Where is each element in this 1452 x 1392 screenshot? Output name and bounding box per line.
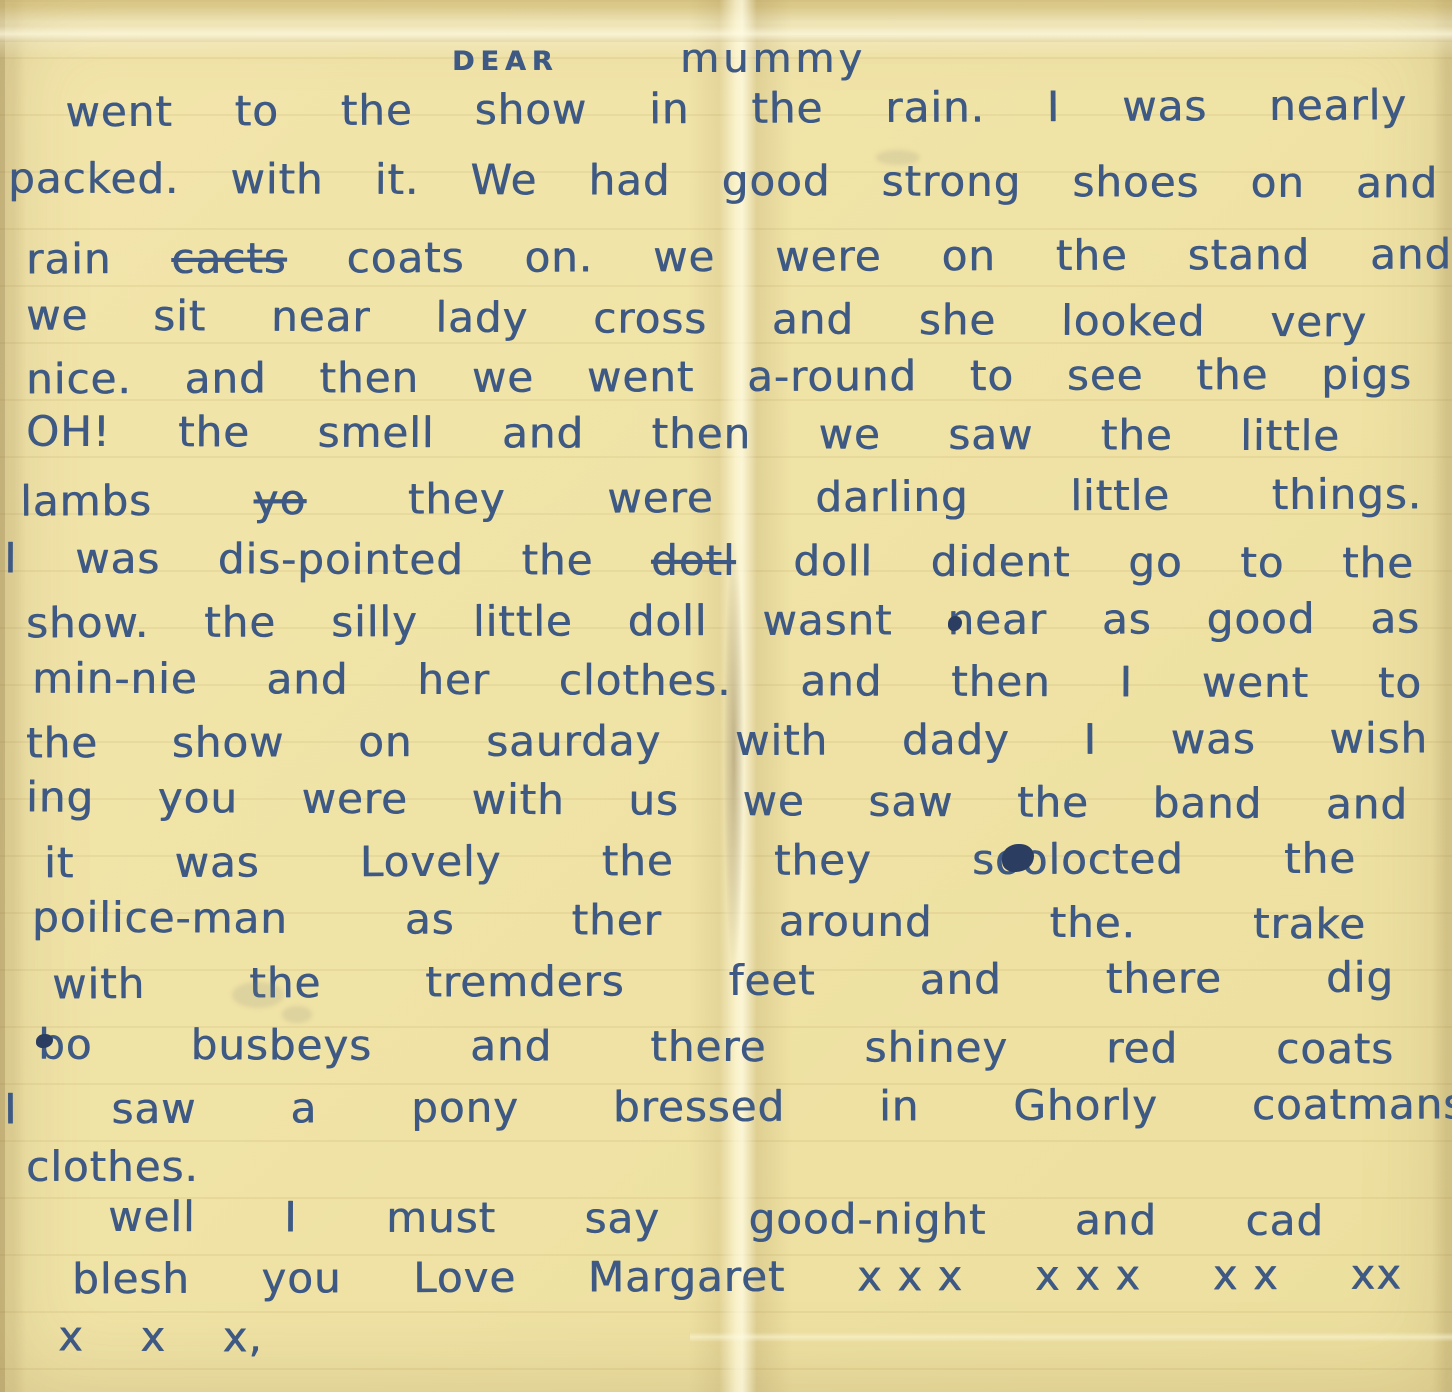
word: doll xyxy=(793,540,873,582)
word: clothes. xyxy=(26,1142,199,1191)
word: to xyxy=(970,355,1014,397)
word: we xyxy=(26,294,88,336)
word: they xyxy=(774,839,872,881)
letter-line: wesitnearladycrossandshelookedvery xyxy=(26,294,1367,343)
word: dident xyxy=(930,541,1070,583)
letter-line: lambsyotheyweredarlinglittlethings. xyxy=(20,473,1422,522)
word: on xyxy=(1250,162,1304,204)
word: then xyxy=(951,661,1051,703)
word: the xyxy=(178,411,250,453)
word: little xyxy=(473,601,573,643)
word: as xyxy=(1370,598,1420,640)
letter-line: clothes. xyxy=(26,1146,199,1188)
letter-line: raincactscoatson.wewereonthestandand xyxy=(26,234,1452,281)
word: busbeys xyxy=(190,1024,372,1067)
word: ther xyxy=(571,899,661,941)
word: blesh xyxy=(72,1258,190,1300)
word: I xyxy=(1083,719,1097,761)
word: stand xyxy=(1188,234,1311,276)
word: coats xyxy=(346,237,464,279)
word: her xyxy=(417,659,490,701)
letter-body: DEAR mummy Iwenttotheshowintherain.Iwasn… xyxy=(0,0,1452,1392)
word: well xyxy=(108,1196,196,1238)
pencil-smudge xyxy=(876,150,920,165)
word: with xyxy=(52,963,145,1005)
word: must xyxy=(386,1197,496,1239)
word: as xyxy=(1102,599,1152,641)
word: with xyxy=(471,779,564,821)
word: it xyxy=(44,842,74,884)
word: good xyxy=(1206,598,1315,640)
word: things. xyxy=(1272,473,1422,516)
word: in xyxy=(879,1085,919,1127)
word: x x x, xyxy=(58,1311,263,1361)
word: we xyxy=(472,357,534,399)
word: to xyxy=(234,90,278,132)
word: there xyxy=(1106,957,1222,1000)
word: I xyxy=(1047,86,1061,128)
letter-line: nice.andthenwewenta-roundtoseethepigs xyxy=(26,354,1412,401)
salutation-dear: DEAR xyxy=(452,46,559,77)
word: the xyxy=(1284,838,1356,880)
word: had xyxy=(588,160,670,202)
word: then xyxy=(319,357,419,399)
letter-line: Iwenttotheshowintherain.Iwasnearly xyxy=(0,84,1407,133)
struck-word: dotl xyxy=(651,540,736,582)
word: strong xyxy=(881,161,1021,203)
word: pony xyxy=(411,1087,519,1129)
word: with xyxy=(735,720,828,762)
word: the xyxy=(1196,354,1268,396)
word: and xyxy=(1326,783,1408,825)
letter-line: show.thesillylittledollwasntnearasgoodas xyxy=(26,598,1420,645)
word: nearly xyxy=(1269,84,1407,127)
word: she xyxy=(919,299,997,341)
word: show xyxy=(172,722,285,764)
word: and xyxy=(470,1025,552,1067)
word: red xyxy=(1106,1027,1178,1069)
word: to xyxy=(1378,662,1422,704)
word: in xyxy=(649,88,690,130)
word: and xyxy=(919,959,1001,1001)
letter-line: OH!thesmellandthenwesawthelittle xyxy=(26,411,1340,458)
word: nice. xyxy=(26,358,132,400)
word: dady xyxy=(902,719,1010,761)
word: clothes. xyxy=(559,659,732,702)
word: the xyxy=(602,840,674,882)
word: a-round xyxy=(747,355,917,398)
word: and xyxy=(772,298,854,340)
word: coatmans xyxy=(1252,1083,1452,1126)
word: Ghorly xyxy=(1013,1085,1158,1128)
word: bressed xyxy=(613,1086,785,1129)
word: it. xyxy=(375,159,420,201)
letter-line: Iwasdis-pointedthedotldolldidentgotothe xyxy=(4,538,1414,585)
word: the xyxy=(1017,782,1089,824)
word: little xyxy=(1070,475,1170,518)
word: and xyxy=(1075,1199,1157,1241)
word: the xyxy=(1101,414,1173,456)
letter-line: x x x, xyxy=(58,1315,263,1358)
salutation-name: mummy xyxy=(680,36,866,82)
word: near xyxy=(271,296,371,339)
word: on xyxy=(941,235,995,277)
word: went xyxy=(587,356,694,398)
word: you xyxy=(158,777,238,819)
word: as xyxy=(405,898,455,940)
word: tremders xyxy=(425,961,624,1004)
word: show. xyxy=(26,602,149,644)
word: very xyxy=(1270,301,1367,344)
word: lady xyxy=(435,297,528,339)
letter-line: theshowonsaurdaywithdadyIwaswish xyxy=(26,718,1428,765)
word: went xyxy=(1202,662,1309,704)
word: good xyxy=(722,160,831,202)
word: looked xyxy=(1061,300,1206,343)
word: trake xyxy=(1253,903,1366,946)
word: they xyxy=(408,478,506,521)
word: pigs xyxy=(1321,354,1412,396)
word: good-night xyxy=(748,1198,986,1241)
word: rain. xyxy=(885,87,985,130)
word: rain xyxy=(26,238,111,280)
word: OH! xyxy=(26,411,111,453)
word: went xyxy=(65,91,172,134)
word: doll xyxy=(628,600,708,642)
word: were xyxy=(301,778,408,821)
word: lambs xyxy=(20,480,152,523)
word: ing xyxy=(26,776,94,818)
word: the xyxy=(751,87,823,129)
word: the xyxy=(341,89,413,131)
letter-line: ingyouwerewithuswesawthebandand xyxy=(26,776,1408,825)
word: to xyxy=(1240,542,1284,584)
letter-line: packed.withit.Wehadgoodstrongshoesonand xyxy=(8,158,1438,205)
word: then xyxy=(651,413,751,455)
word: show xyxy=(474,89,587,132)
word: band xyxy=(1152,782,1262,825)
word: the xyxy=(1056,235,1128,277)
word: we xyxy=(818,413,880,455)
word: saw xyxy=(111,1088,196,1130)
word: see xyxy=(1067,355,1144,397)
word: saurday xyxy=(486,720,661,763)
word: feet xyxy=(728,960,815,1002)
word: there xyxy=(650,1026,766,1068)
struck-word: yo xyxy=(253,479,306,521)
word: and xyxy=(266,658,348,700)
word: we xyxy=(653,236,715,278)
word: I xyxy=(4,1089,18,1131)
word: near xyxy=(947,599,1047,641)
word: and xyxy=(1356,162,1438,204)
letter-line: poilice-manastheraroundthe.trake xyxy=(32,897,1366,946)
word: sit xyxy=(153,295,206,337)
word: shiney xyxy=(864,1027,1008,1070)
word: with xyxy=(230,158,323,200)
word: cross xyxy=(593,297,707,340)
letter-line: bobusbeysandthereshineyredcoats xyxy=(38,1024,1394,1071)
word: the xyxy=(521,539,593,581)
word: Lovely xyxy=(360,841,502,883)
word: smell xyxy=(317,412,434,454)
word: wasnt xyxy=(762,599,892,641)
word: and xyxy=(502,412,584,454)
word: packed. xyxy=(8,158,179,201)
word: Love xyxy=(413,1257,516,1299)
word: dig xyxy=(1326,956,1394,998)
word: and xyxy=(1370,234,1452,276)
word: were xyxy=(607,477,714,520)
word: darling xyxy=(815,476,969,519)
word: wish xyxy=(1329,718,1428,760)
word: was xyxy=(1122,85,1207,127)
word: I xyxy=(4,538,18,580)
word: were xyxy=(775,236,882,278)
word: the xyxy=(1342,542,1414,584)
word: on xyxy=(358,721,412,763)
word: cad xyxy=(1245,1200,1324,1242)
word: x x x xyxy=(857,1255,963,1297)
word: little xyxy=(1240,415,1340,457)
word: x x xyxy=(1213,1254,1279,1296)
word: We xyxy=(470,159,537,201)
word: x x x xyxy=(1035,1255,1141,1297)
word: us xyxy=(628,780,679,822)
word: poilice-man xyxy=(32,897,288,940)
word: on. xyxy=(524,237,593,279)
word: around xyxy=(779,900,933,943)
letter-line: itwasLovelythetheysooloctedthe xyxy=(44,838,1356,885)
word: a xyxy=(290,1087,317,1129)
word: and xyxy=(800,660,882,702)
word: shoes xyxy=(1072,161,1199,203)
word: saw xyxy=(868,781,953,823)
letter-line: min-nieandherclothes.andthenIwentto xyxy=(32,658,1422,705)
word: we xyxy=(742,780,804,822)
word: coats xyxy=(1276,1028,1394,1070)
word: you xyxy=(261,1257,341,1299)
pencil-smudge xyxy=(282,1006,312,1023)
word: was xyxy=(75,538,160,580)
word: go xyxy=(1128,541,1183,583)
letter-line: bleshyouLoveMargaretx x xx x xx xxx xyxy=(72,1254,1402,1301)
word: the xyxy=(204,602,276,644)
word: was xyxy=(174,842,259,884)
pencil-smudge xyxy=(232,982,284,1008)
letter-line: wellImustsaygood-nightandcad xyxy=(108,1196,1324,1242)
word: saw xyxy=(948,414,1033,456)
struck-word: cacts xyxy=(171,238,286,280)
word: silly xyxy=(331,601,418,643)
word: was xyxy=(1171,718,1256,760)
word: the. xyxy=(1049,902,1136,944)
word: dis-pointed xyxy=(218,538,464,581)
word: min-nie xyxy=(32,658,198,701)
word: I xyxy=(0,92,4,134)
word: the xyxy=(26,722,98,764)
word: xx xyxy=(1350,1254,1402,1296)
word: Margaret xyxy=(588,1256,786,1299)
word: and xyxy=(184,358,266,400)
word: say xyxy=(584,1198,660,1240)
letter-line: IsawaponybressedinGhorlycoatmans xyxy=(4,1083,1452,1130)
word: I xyxy=(1119,661,1133,703)
word: I xyxy=(284,1196,298,1238)
